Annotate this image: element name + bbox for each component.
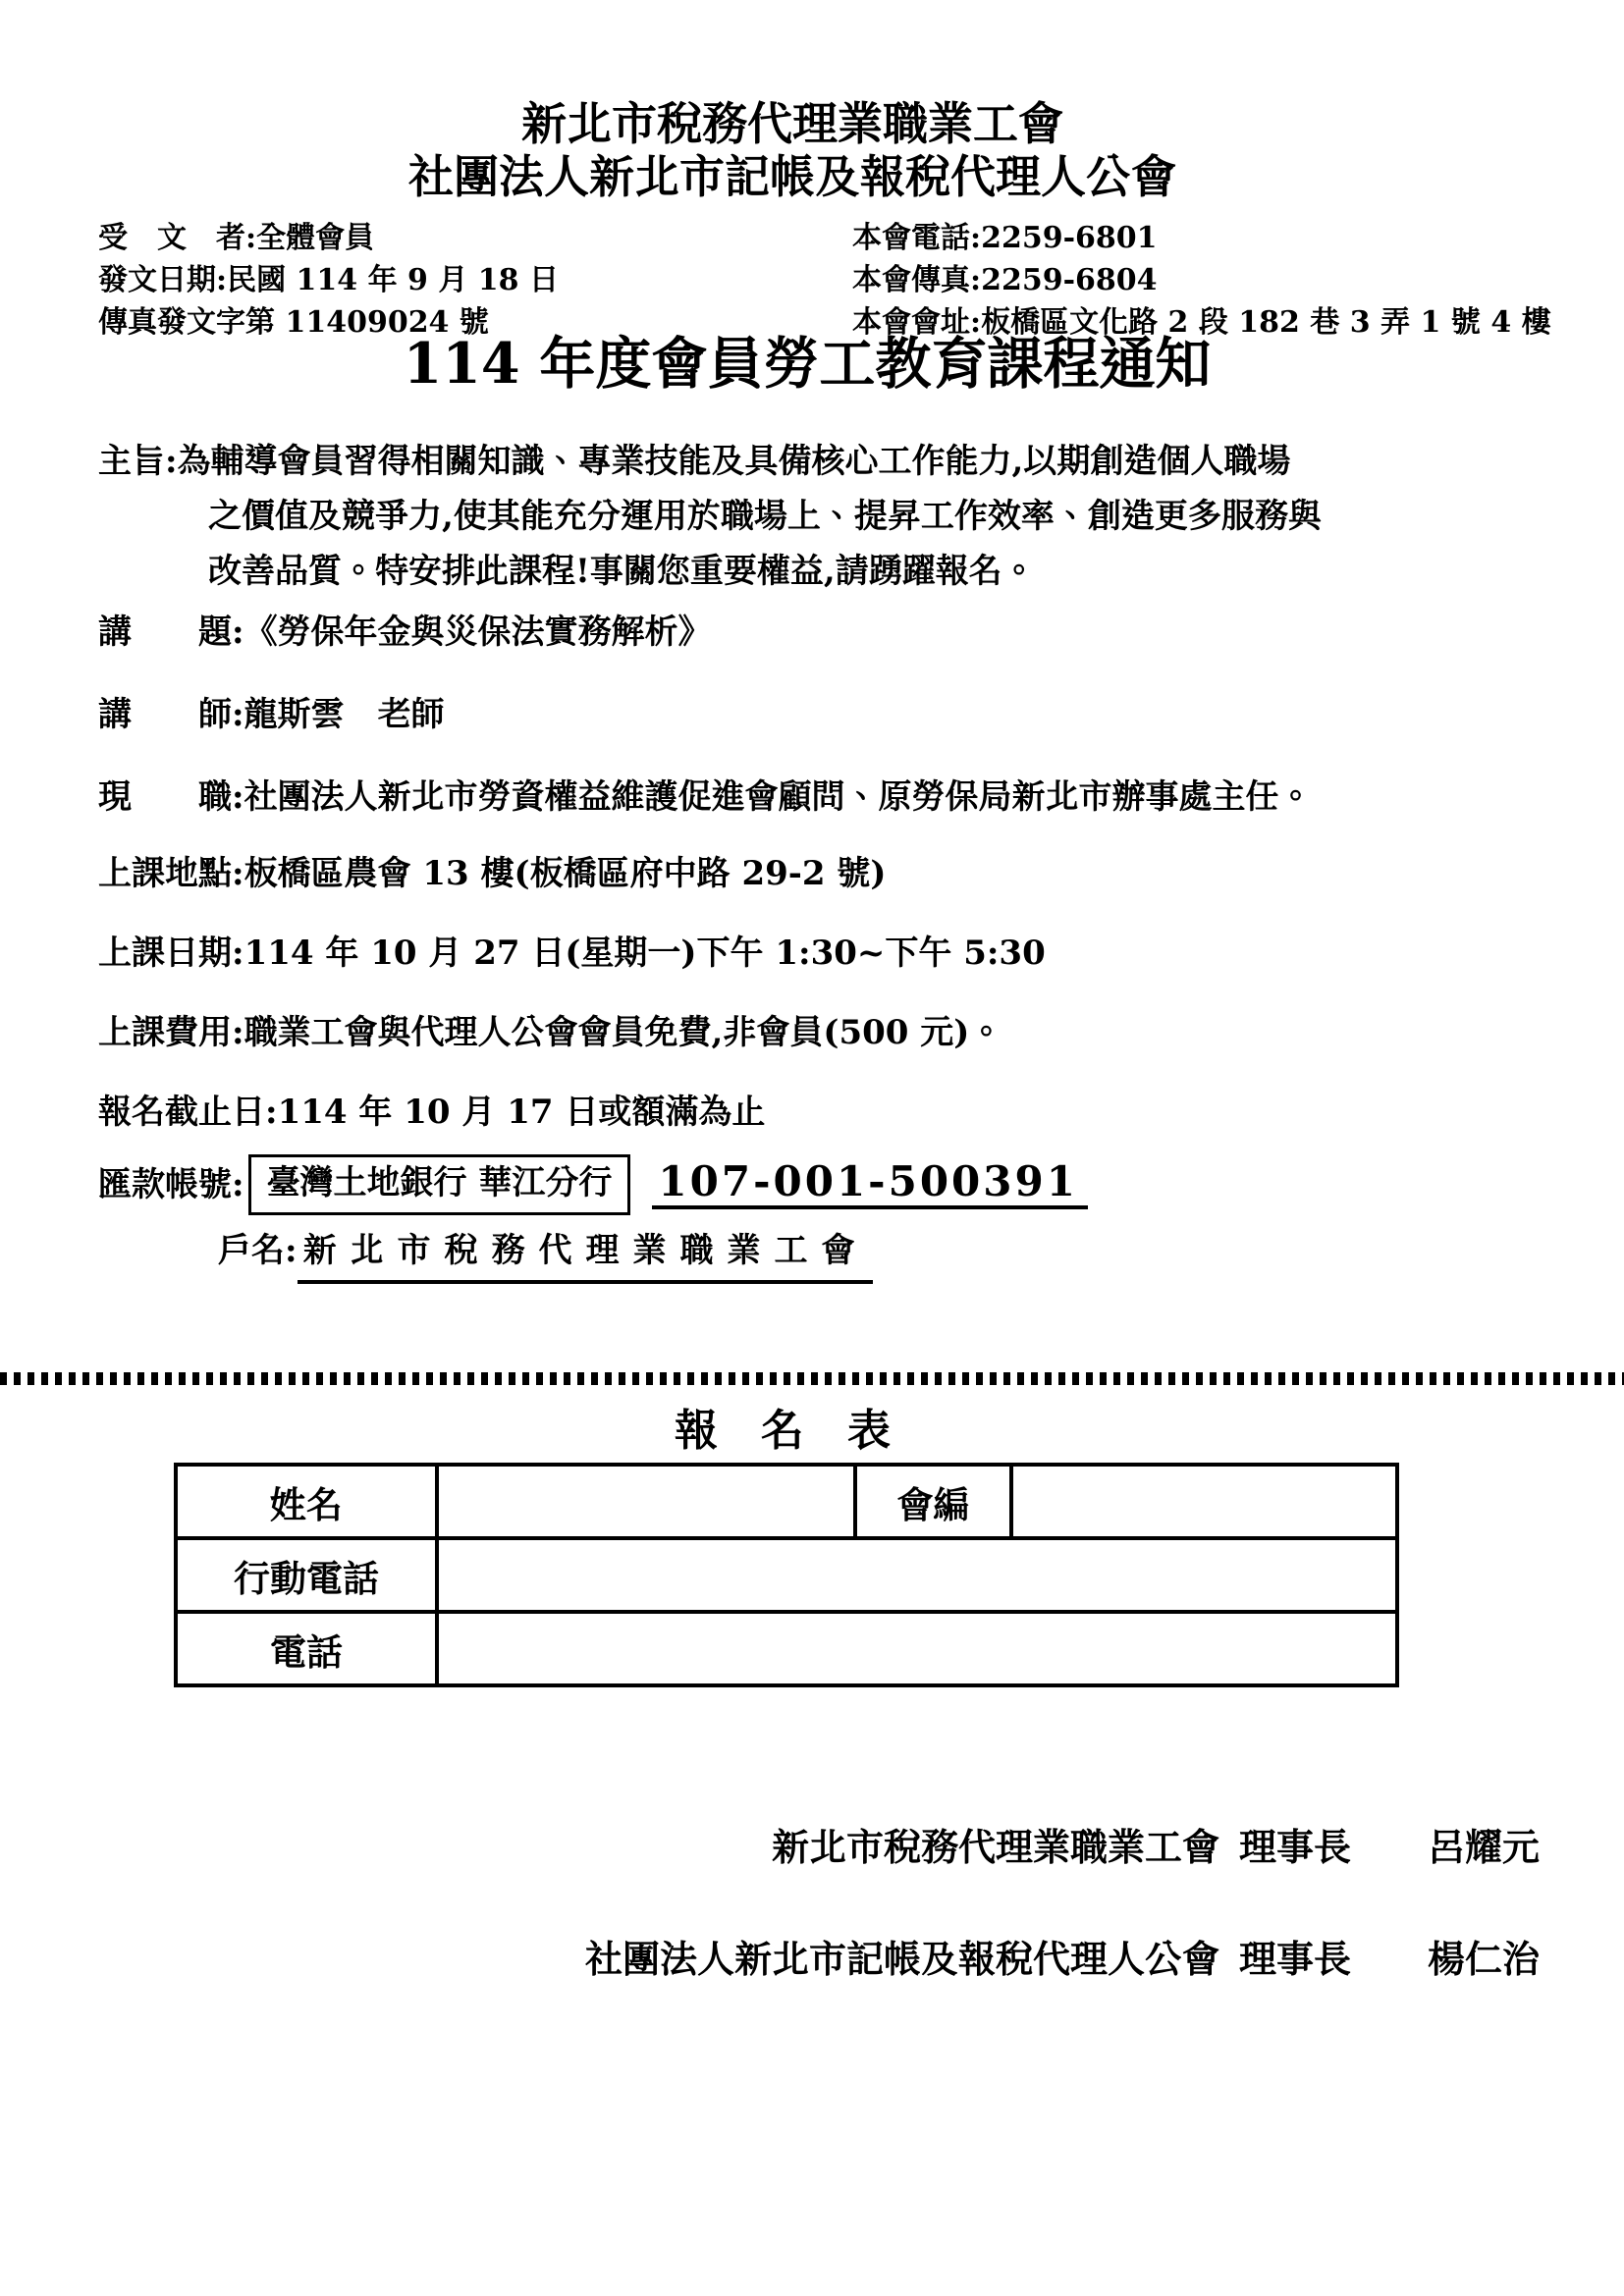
- signup-form-title: 報 名 表: [0, 1404, 1565, 1459]
- current-position-value: 社團法人新北市勞資權益維護促進會顧問、原勞保局新北市辦事處主任。: [244, 777, 1313, 817]
- mobile-input-cell: [437, 1538, 1397, 1612]
- issue-date-line: 發文日期:民國 114 年 9 月 18 日: [98, 259, 559, 301]
- lecture-topic-label: 講 題:: [98, 613, 244, 652]
- phone-input-cell: [437, 1612, 1397, 1685]
- signature-title-association: 理事長: [1239, 1937, 1351, 1981]
- table-row-name: 姓名 會編: [176, 1465, 1397, 1538]
- org-fax-line: 本會傳真:2259-6804: [852, 259, 1551, 301]
- class-location-line: 上課地點:板橋區農會 13 樓(板橋區府中路 29-2 號): [98, 852, 886, 895]
- signature-title-union: 理事長: [1239, 1825, 1351, 1869]
- class-date-value: 114 年 10 月 27 日(星期一)下午 1:30~下午 5:30: [244, 934, 1046, 973]
- name-input-cell: [437, 1465, 855, 1538]
- phone-label-cell: 電話: [176, 1612, 437, 1685]
- account-number: 107-001-500391: [652, 1160, 1088, 1209]
- signature-block: 新北市稅務代理業職業工會理事長呂耀元 社團法人新北市記帳及報稅代理人公會理事長楊…: [585, 1824, 1540, 2048]
- class-fee-value: 職業工會與代理人公會會員免費,非會員(500 元)。: [244, 1013, 1003, 1052]
- org-title-line1: 新北市稅務代理業職業工會: [0, 98, 1585, 149]
- table-row-phone: 電話: [176, 1612, 1397, 1685]
- subject-text-1: 為輔導會員習得相關知識、專業技能及具備核心工作能力,以期創造個人職場: [178, 442, 1291, 481]
- signature-name-union: 呂耀元: [1428, 1825, 1540, 1869]
- lecturer-value: 龍斯雲 老師: [244, 695, 445, 734]
- registration-deadline-label: 報名截止日:: [98, 1093, 278, 1132]
- subject-paragraph: 主旨:為輔導會員習得相關知識、專業技能及具備核心工作能力,以期創造個人職場 之價…: [98, 434, 1565, 599]
- remittance-line: 匯款帳號: 臺灣土地銀行 華江分行 107-001-500391: [98, 1154, 1088, 1215]
- meta-left-block: 受 文 者:全體會員 發文日期:民國 114 年 9 月 18 日 傳真發文字第…: [98, 217, 559, 344]
- account-name-label: 戶名:: [218, 1231, 298, 1270]
- meta-right-block: 本會電話:2259-6801 本會傳真:2259-6804 本會會址:板橋區文化…: [852, 217, 1551, 344]
- subject-line-2: 之價值及競爭力,使其能充分運用於職場上、提昇工作效率、創造更多服務與: [208, 489, 1565, 544]
- recipient-line: 受 文 者:全體會員: [98, 217, 559, 259]
- lecturer-label: 講 師:: [98, 695, 244, 734]
- tear-off-dotted-divider: [0, 1372, 1624, 1385]
- document-page: 新北市稅務代理業職業工會 社團法人新北市記帳及報稅代理人公會 受 文 者:全體會…: [0, 0, 1624, 2296]
- class-date-line: 上課日期:114 年 10 月 27 日(星期一)下午 1:30~下午 5:30: [98, 932, 1046, 975]
- org-title-line2: 社團法人新北市記帳及報稅代理人公會: [0, 151, 1585, 202]
- remittance-label: 匯款帳號:: [98, 1163, 244, 1206]
- mobile-label-cell: 行動電話: [176, 1538, 437, 1612]
- table-row-mobile: 行動電話: [176, 1538, 1397, 1612]
- signature-org-association: 社團法人新北市記帳及報稅代理人公會: [585, 1937, 1219, 1981]
- class-fee-line: 上課費用:職業工會與代理人公會會員免費,非會員(500 元)。: [98, 1011, 1002, 1054]
- notice-title: 114 年度會員勞工教育課程通知: [0, 332, 1614, 397]
- class-location-label: 上課地點:: [98, 854, 244, 893]
- class-fee-label: 上課費用:: [98, 1013, 244, 1052]
- lecture-topic-value: 《勞保年金與災保法實務解析》: [244, 613, 712, 652]
- registration-deadline-line: 報名截止日:114 年 10 月 17 日或額滿為止: [98, 1091, 765, 1134]
- bank-branch-box: 臺灣土地銀行 華江分行: [248, 1154, 631, 1215]
- subject-line-3: 改善品質。特安排此課程!事關您重要權益,請踴躍報名。: [208, 544, 1565, 599]
- lecture-topic-line: 講 題:《勞保年金與災保法實務解析》: [98, 611, 712, 654]
- org-phone-line: 本會電話:2259-6801: [852, 217, 1551, 259]
- account-name-line: 戶名:新北市稅務代理業職業工會: [218, 1229, 873, 1284]
- signature-line-association: 社團法人新北市記帳及報稅代理人公會理事長楊仁治: [585, 1936, 1540, 1983]
- signature-name-association: 楊仁治: [1428, 1937, 1540, 1981]
- current-position-label: 現 職:: [98, 777, 244, 817]
- signature-org-union: 新北市稅務代理業職業工會: [772, 1825, 1219, 1869]
- account-name-value: 新北市稅務代理業職業工會: [298, 1229, 873, 1284]
- subject-line-1: 主旨:為輔導會員習得相關知識、專業技能及具備核心工作能力,以期創造個人職場: [98, 434, 1565, 489]
- subject-label: 主旨:: [98, 442, 178, 481]
- class-date-label: 上課日期:: [98, 934, 244, 973]
- name-label-cell: 姓名: [176, 1465, 437, 1538]
- lecturer-line: 講 師:龍斯雲 老師: [98, 693, 445, 736]
- class-location-value: 板橋區農會 13 樓(板橋區府中路 29-2 號): [244, 854, 887, 893]
- signature-line-union: 新北市稅務代理業職業工會理事長呂耀元: [585, 1824, 1540, 1871]
- registration-deadline-value: 114 年 10 月 17 日或額滿為止: [278, 1093, 766, 1132]
- member-no-input-cell: [1011, 1465, 1397, 1538]
- member-no-label-cell: 會編: [855, 1465, 1011, 1538]
- current-position-line: 現 職:社團法人新北市勞資權益維護促進會顧問、原勞保局新北市辦事處主任。: [98, 775, 1313, 819]
- signup-form-table: 姓名 會編 行動電話 電話: [174, 1463, 1399, 1687]
